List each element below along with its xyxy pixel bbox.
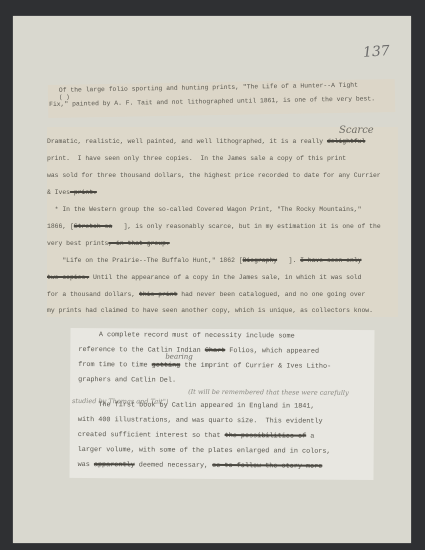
text-line: was apparently deemed necessary, so to f… bbox=[78, 458, 323, 475]
text-line: * In the Western group the so-called Cov… bbox=[47, 204, 361, 216]
typed-clipping-3: bearing (It will be remembered that thes… bbox=[69, 328, 374, 480]
typed-clipping-1: Of the large folio sporting and hunting … bbox=[48, 79, 396, 118]
text-line: was sold for three thousand dollars, the… bbox=[47, 170, 381, 182]
text-line: my prints had claimed to have seen anoth… bbox=[47, 305, 373, 317]
text-line: print. I have seen only three copies. In… bbox=[47, 153, 346, 165]
text-line: for a thousand dollars, this print had n… bbox=[47, 289, 365, 301]
text-line: "Life on the Prairie--The Buffalo Hunt,"… bbox=[47, 255, 362, 267]
page-number: 137 bbox=[362, 43, 390, 61]
typed-clipping-2: Scarce Dramatic, realistic, well painted… bbox=[47, 127, 398, 317]
text-line: graphers and Catlin Del. bbox=[78, 373, 176, 389]
text-line: 1866, [Stretch sa ], is only reasonably … bbox=[47, 221, 381, 233]
text-line: Dramatic, realistic, well painted, and w… bbox=[47, 136, 365, 148]
text-line: & Ives print. bbox=[47, 187, 97, 199]
text-line: very best prints, in that group. bbox=[47, 238, 170, 250]
text-line: two copies. Until the appearance of a co… bbox=[47, 272, 361, 284]
